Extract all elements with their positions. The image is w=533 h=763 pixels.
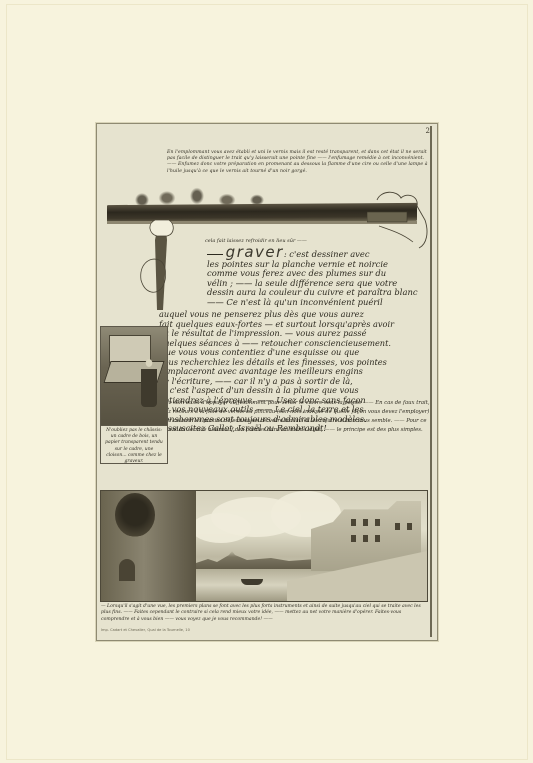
left-buildings [101,491,196,601]
graver-section: graver: c'est dessiner avec les pointes … [207,248,432,308]
landscape-illustration-river-view [100,490,428,602]
hand-holding-brush-icon [137,220,187,310]
graver-definition: : c'est dessiner avec [284,249,370,259]
inset-illustration-engraver-at-desk: N'oubliez pas le châssis: un cadre de bo… [100,326,168,464]
inset-caption: N'oubliez pas le châssis: un cadre de bo… [101,425,167,463]
cloud [191,513,251,543]
dash-rule [207,254,223,255]
lower-paragraph: Ayez soin aussi d'appuyer suffisamment p… [159,399,431,435]
etching-plate: 2 En l'emplommant vous avez établi et un… [96,123,438,641]
printer-imprint: Imp. Cadart et Chevalier, Quai de la Tou… [101,628,190,632]
inset-figure [141,357,157,407]
graver-heading: graver: c'est dessiner avec [207,248,432,260]
graver-line: —— Ce n'est là qu'un inconvénient puéril [207,298,432,308]
bottom-caption: — Lorsqu'il s'agit d'une vue, les premie… [101,604,425,623]
tree [115,493,155,537]
hand-holding-plate-icon [367,190,431,250]
page-number: 2 [426,127,430,135]
rowboat [241,579,263,585]
top-paragraph: En l'emplommant vous avez établi et uni … [167,150,429,175]
arched-door [119,559,135,581]
